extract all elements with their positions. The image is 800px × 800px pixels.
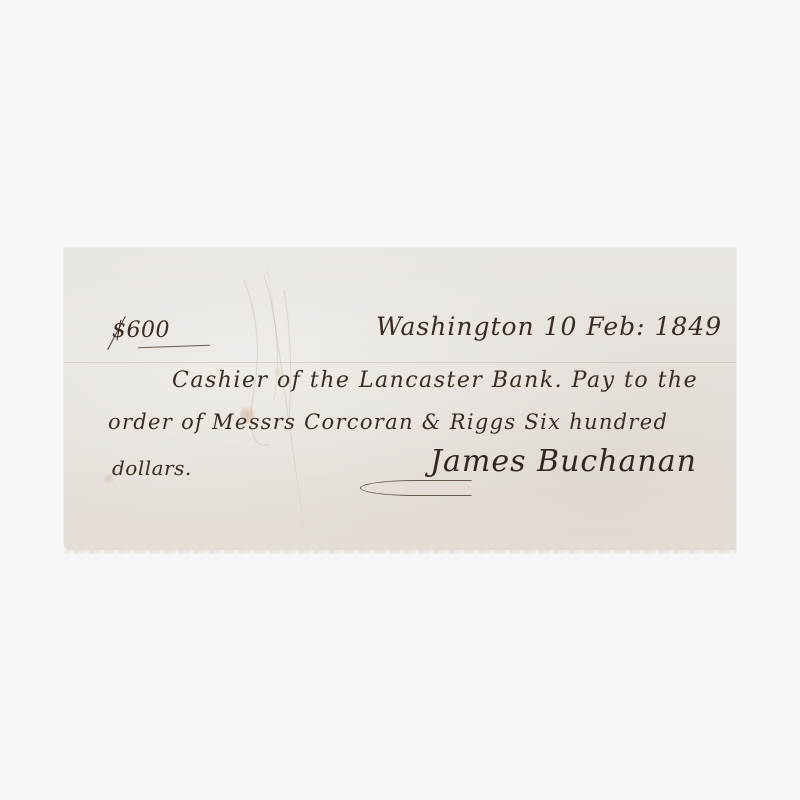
signature: James Buchanan: [430, 444, 697, 479]
signature-flourish: [360, 480, 472, 496]
amount-underline: [138, 345, 210, 349]
payee-instruction-line-1: Cashier of the Lancaster Bank. Pay to th…: [172, 368, 698, 393]
place-and-date: Washington 10 Feb: 1849: [376, 312, 722, 341]
check-paper: $600 Washington 10 Feb: 1849 Cashier of …: [64, 248, 736, 552]
check-amount: $600: [112, 318, 170, 343]
payee-instruction-line-3: dollars.: [112, 456, 192, 480]
horizontal-fold-line: [64, 362, 736, 363]
photo-background: $600 Washington 10 Feb: 1849 Cashier of …: [0, 0, 800, 800]
payee-instruction-line-2: order of Messrs Corcoran & Riggs Six hun…: [108, 410, 668, 434]
